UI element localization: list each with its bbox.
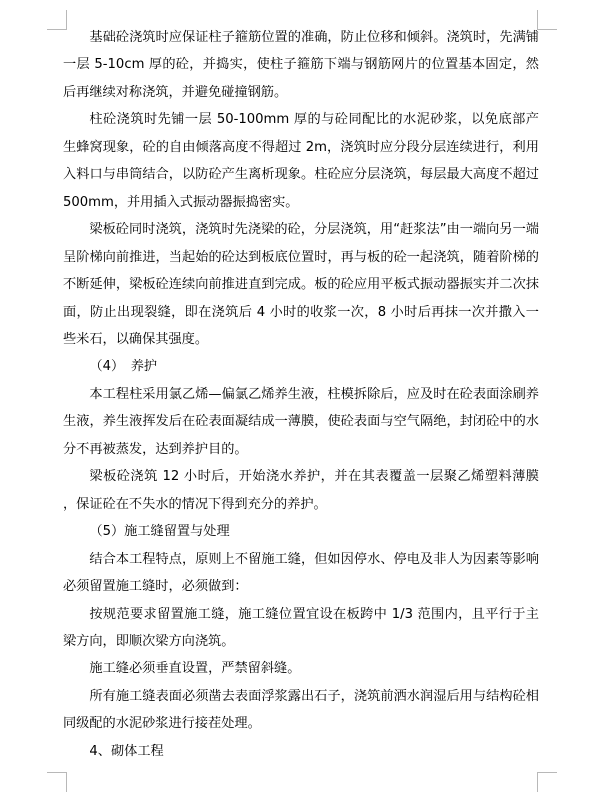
paragraph-concrete-foundation-pouring: 基础砼浇筑时应保证柱子箍筋位置的准确，防止位移和倾斜。浇筑时，先满铺一层 5-1…	[63, 24, 539, 106]
paragraph-curing-liquid: 本工程柱采用氯乙烯—偏氯乙烯养生液，柱模拆除后，应及时在砼表面涂刷养生液，养生液…	[63, 381, 539, 463]
heading-construction-joint: （5）施工缝留置与处理	[63, 518, 539, 545]
paragraph-curing-water: 梁板砼浇筑 12 小时后，开始浇水养护，并在其表覆盖一层聚乙烯塑料薄膜 ，保证砼…	[63, 463, 539, 518]
margin-crop-mark-bottom-right	[537, 772, 557, 792]
paragraph-column-concrete-pouring: 柱砼浇筑时先铺一层 50-100mm 厚的与砼同配比的水泥砂浆，以免底部产生蜂窝…	[63, 106, 539, 216]
paragraph-joint-position: 按规范要求留置施工缝，施工缝位置宜设在板跨中 1/3 范围内，且平行于主梁方向，…	[63, 601, 539, 656]
document-body: 基础砼浇筑时应保证柱子箍筋位置的准确，防止位移和倾斜。浇筑时，先满铺一层 5-1…	[63, 24, 539, 765]
paragraph-joint-principle: 结合本工程特点，原则上不留施工缝，但如因停水、停电及非人为因素等影响必须留置施工…	[63, 546, 539, 601]
document-page: 基础砼浇筑时应保证柱子箍筋位置的准确，防止位移和倾斜。浇筑时，先满铺一层 5-1…	[0, 0, 596, 811]
margin-crop-mark-top-right	[537, 10, 557, 30]
margin-crop-mark-bottom-left	[47, 772, 67, 792]
heading-curing: （4） 养护	[63, 353, 539, 380]
heading-masonry-engineering: 4、砌体工程	[63, 738, 539, 765]
paragraph-joint-surface-treatment: 所有施工缝表面必须凿去表面浮浆露出石子，浇筑前洒水润湿后用与结构砼相同级配的水泥…	[63, 683, 539, 738]
paragraph-beam-slab-concrete-pouring: 梁板砼同时浇筑，浇筑时先浇梁的砼，分层浇筑，用“赶浆法”由一端向另一端呈阶梯向前…	[63, 216, 539, 353]
paragraph-joint-vertical: 施工缝必须垂直设置，严禁留斜缝。	[63, 655, 539, 682]
